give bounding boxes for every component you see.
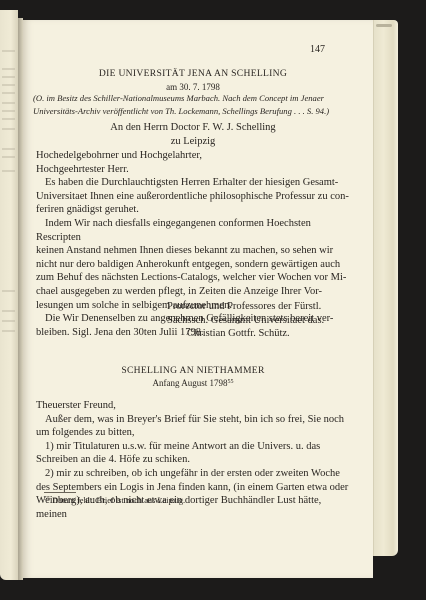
letter2-date: Anfang August 179855	[36, 376, 350, 391]
address-line: An den Herrn Doctor F. W. J. Schelling	[36, 121, 350, 135]
source-note-line: (O. im Besitz des Schiller-Nationalmuseu…	[33, 92, 355, 105]
paragraph: Indem Wir nach diesfalls eingegangenen c…	[36, 217, 350, 312]
footnote: 55 Datum fehlt. Brief ist noch aus Leipz…	[44, 496, 185, 505]
footnote-divider	[44, 492, 76, 493]
letter1-address: An den Herrn Doctor F. W. J. Schelling z…	[36, 121, 350, 148]
address-line: zu Leipzig	[36, 135, 350, 149]
letter1-heading: DIE UNIVERSITÄT JENA AN SCHELLING	[36, 67, 350, 81]
letter1-source-note: (O. im Besitz des Schiller-Nationalmuseu…	[33, 92, 355, 117]
signature-line: Sächssch. Gesammt Universitaet das.	[167, 314, 357, 328]
paragraph: 1) mir Titulaturen u.s.w. für meine Antw…	[36, 440, 350, 467]
page-block-edge	[373, 20, 398, 556]
salutation-line: Theuerster Freund,	[36, 399, 350, 413]
signature-line: Prorector und Professores der Fürstl.	[167, 300, 357, 314]
paragraph: Es haben die Durchlauchtigsten Herren Er…	[36, 176, 350, 217]
source-note-line: Universitäts-Archiv veröffentlicht von T…	[33, 105, 355, 118]
salutation-line: Hochedelgebohrner und Hochgelahrter,	[36, 149, 350, 163]
paragraph: Außer dem, was in Breyer's Brief für Sie…	[36, 413, 350, 440]
footnote-number: 55	[44, 496, 50, 502]
letter1-signature: Prorector und Professores der Fürstl. Sä…	[167, 300, 357, 341]
footnote-text: Datum fehlt. Brief ist noch aus Leipzig.	[52, 496, 185, 505]
paragraph: 2) mir zu schreiben, ob ich ungefähr in …	[36, 467, 350, 521]
page-number: 147	[310, 44, 325, 55]
signature-line: Christian Gottfr. Schütz.	[167, 327, 357, 341]
salutation-line: Hochgeehrtester Herr.	[36, 163, 350, 177]
footnote-ref: 55	[228, 379, 234, 385]
facing-page-edge	[0, 10, 18, 580]
